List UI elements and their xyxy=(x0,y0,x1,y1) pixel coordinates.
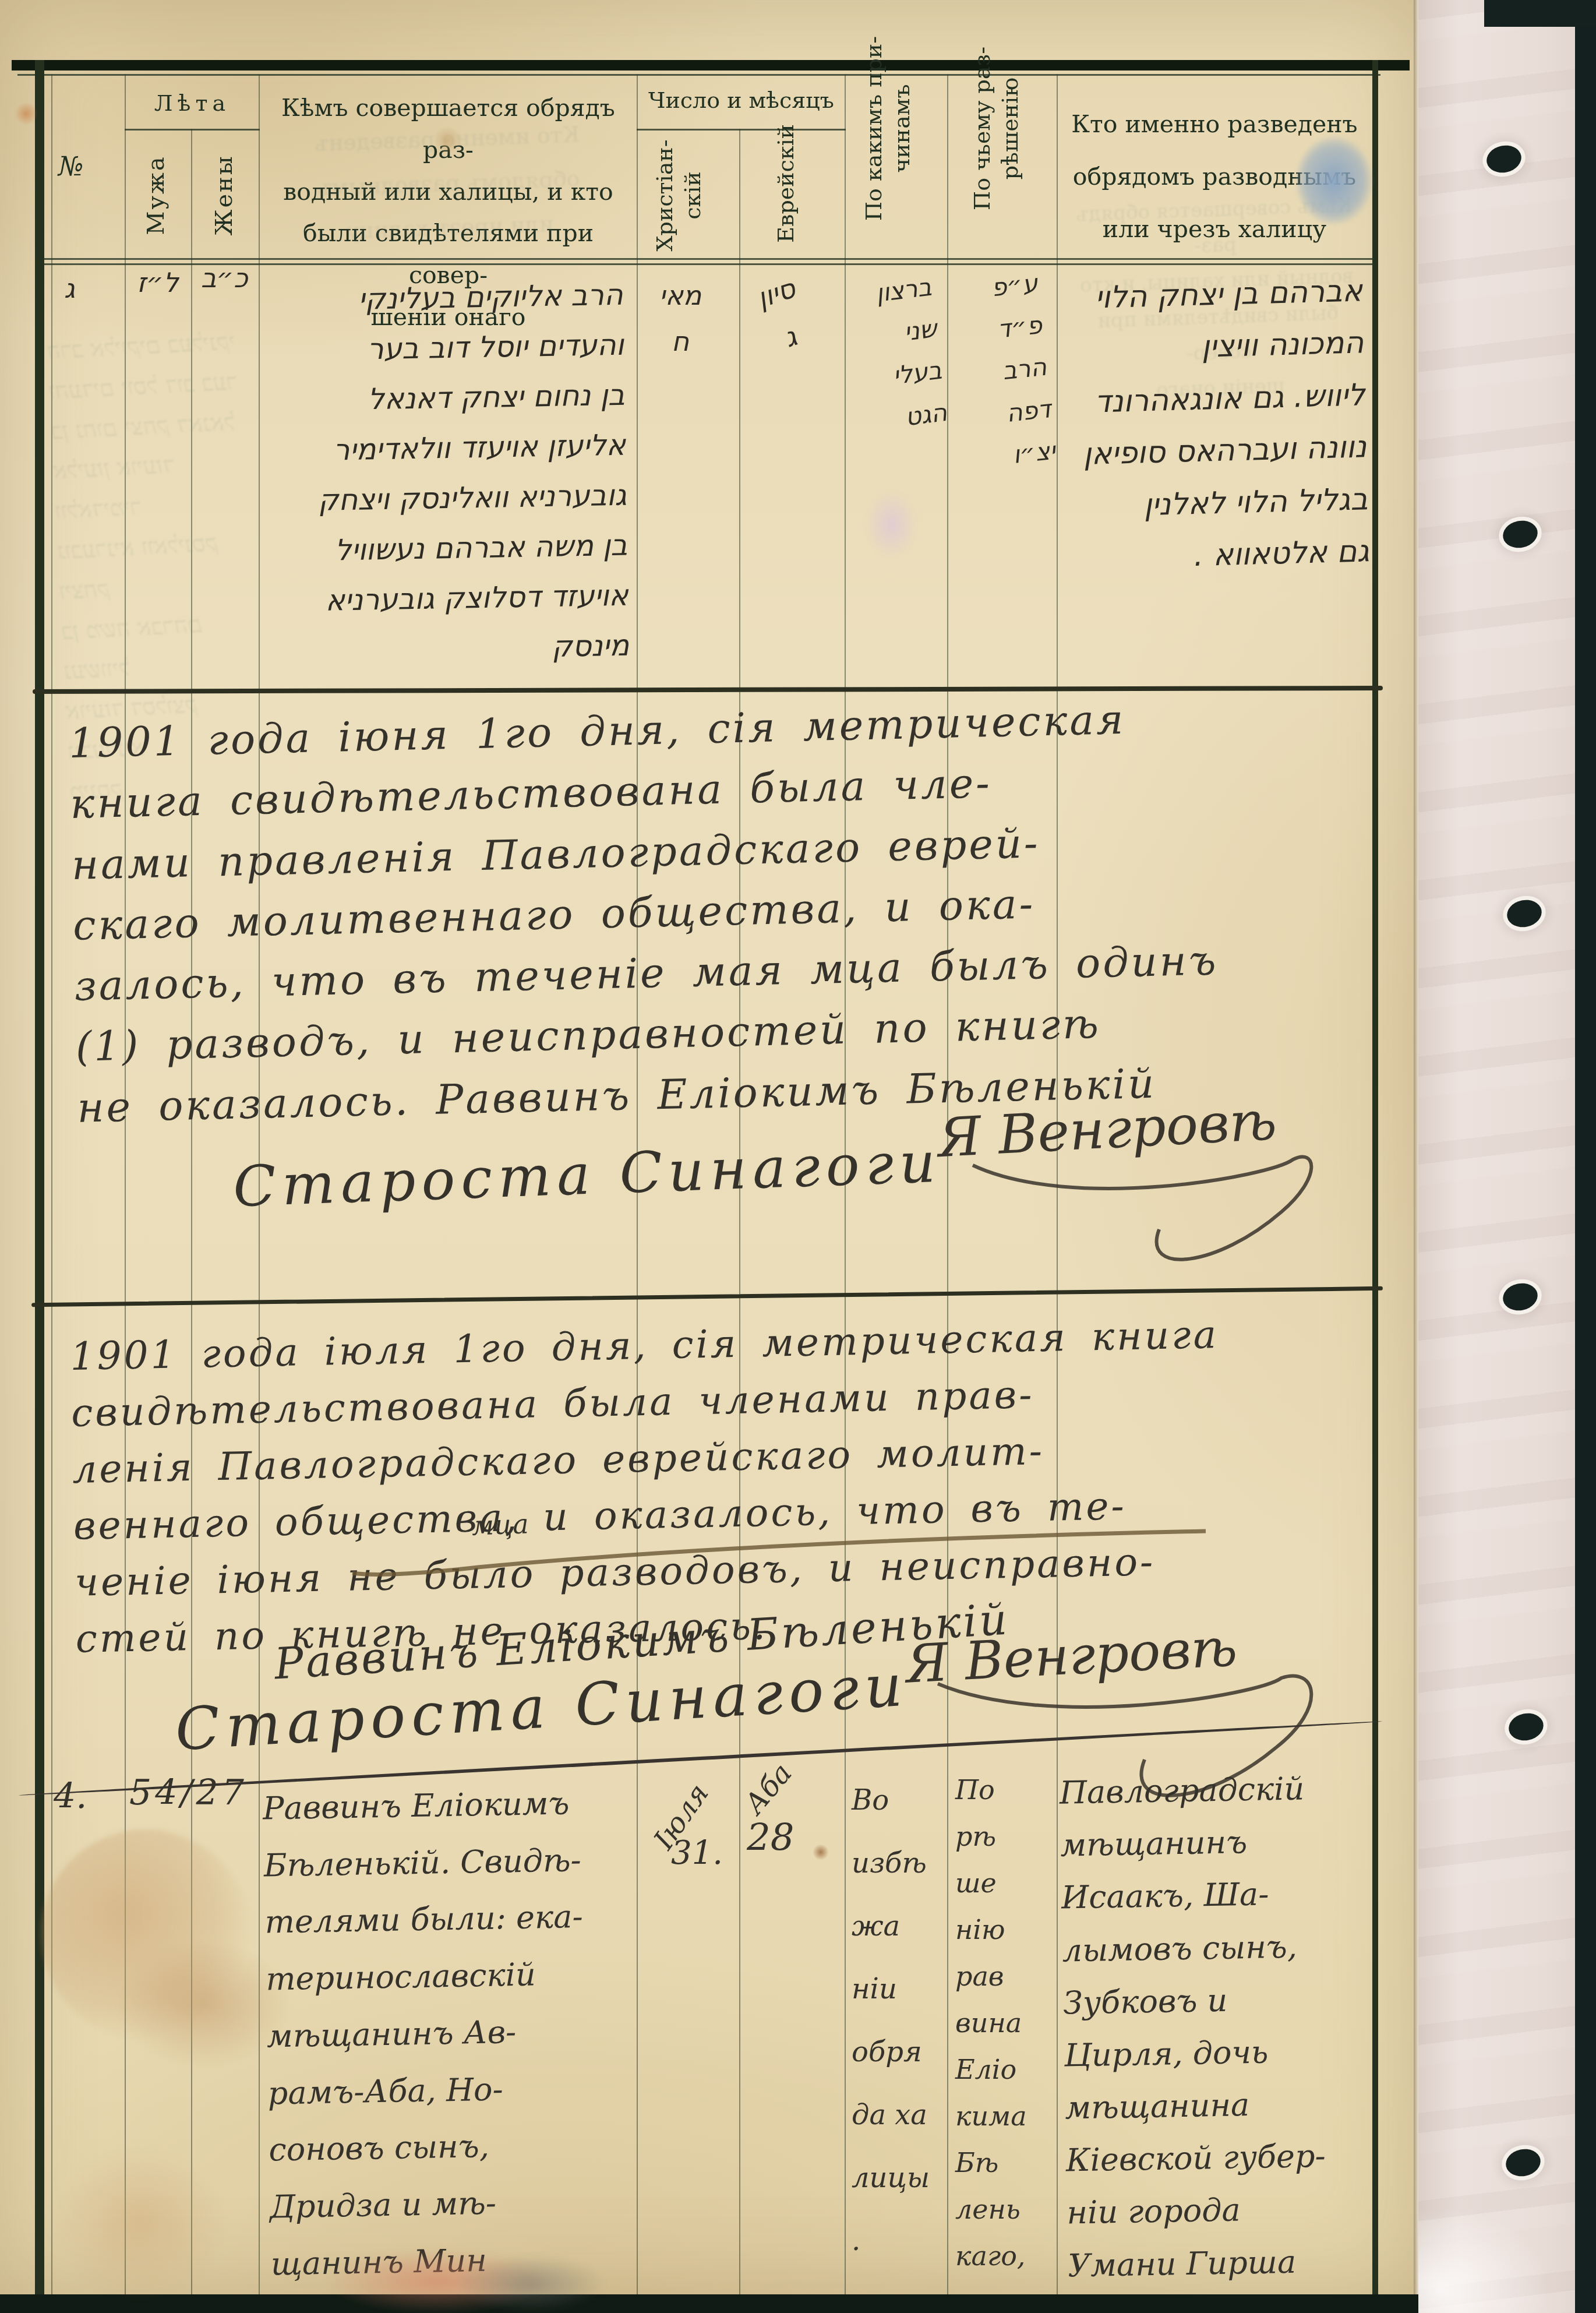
text-line: Кіевской губер- xyxy=(1065,2129,1372,2187)
text-line: мѣщанинъ xyxy=(1060,1814,1367,1872)
text-line: ніи xyxy=(852,1958,939,2021)
text-line: אליעזן אויעזד וולאדימיר xyxy=(267,420,626,477)
text-line: בן משה אברהם נעשוויל xyxy=(269,520,628,577)
record4-date-jewish-day: 28 xyxy=(747,1817,794,1860)
text-line: ח xyxy=(642,319,718,365)
text-line: По какимъ при- xyxy=(861,36,889,220)
record3-who-divorced: אברהם בן יצחק הלויהמכונה וויציןליווש. גם… xyxy=(1062,265,1370,586)
record4-reasons: Воизбѣжаніиобряда халицы. xyxy=(852,1769,939,2272)
correction-underline-stroke xyxy=(349,1526,1212,1579)
text-line: обря xyxy=(852,2021,939,2083)
text-line: בגליל הלוי לאלנין xyxy=(1067,474,1368,534)
text-line: избѣ xyxy=(852,1832,939,1895)
text-line: בן נחום יצחק דאנאל xyxy=(266,370,625,426)
record3-officiant-text: הרב אליוקים בעלינקיוהעדים יוסל דוב בערבן… xyxy=(264,270,630,677)
column-header-permission: По чьему раз-рѣшенію xyxy=(903,76,1089,181)
text-line: лень xyxy=(955,2186,1048,2233)
record4-date-christian-day: 31. xyxy=(671,1834,723,1872)
text-line: кима xyxy=(955,2093,1048,2139)
text-line: Еліо xyxy=(955,2046,1048,2093)
text-line: ніи города xyxy=(1067,2182,1373,2240)
text-line: . xyxy=(852,2209,939,2272)
text-line: ליווש. גם אונגאהרונד xyxy=(1065,369,1366,429)
text-line: בן משה אברהם נעשוויל xyxy=(61,602,257,692)
table-top-thin-rule xyxy=(17,74,1380,76)
record4-who-divorced: ПавлоградскіймѣщанинъИсаакъ, Ша-лымовъ с… xyxy=(1059,1761,1374,2292)
record3-age-wife: כ״ב xyxy=(201,262,248,294)
text-line: נוונה ועברהאס סופיאן xyxy=(1066,422,1367,482)
text-line: Зубковъ и xyxy=(1062,1972,1369,2029)
text-line: Христіан- xyxy=(651,139,679,251)
table-right-border xyxy=(1372,60,1378,2294)
certification-may-text: 1901 года іюня 1го дня, сія метрическаяк… xyxy=(68,683,1406,1138)
text-line: Раввинъ Еліокимъ xyxy=(262,1774,630,1838)
text-line: каго, xyxy=(955,2233,1048,2279)
text-line: да ха xyxy=(852,2083,939,2146)
signature-flourish xyxy=(967,1142,1328,1282)
text-line: Кѣмъ совершается обрядъ раз- xyxy=(1068,187,1362,269)
text-line: Исаакъ, Ша- xyxy=(1061,1867,1367,1924)
column-divider-reasons-permission xyxy=(947,74,948,2294)
table-left-border xyxy=(35,60,44,2294)
text-line: вина xyxy=(955,2000,1048,2046)
text-line: лымовъ сынъ, xyxy=(1062,1919,1368,1977)
column-header-years: Лѣта xyxy=(125,90,260,116)
text-line: אברהם בן יצחק הלוי xyxy=(1062,265,1363,325)
text-line: אויעזד דסלוצק גובערניא xyxy=(270,570,628,627)
text-line: מאי xyxy=(642,273,718,319)
text-line: жа xyxy=(852,1895,939,1958)
text-line: אליעזן אויעזד וולאדימיר xyxy=(52,442,248,532)
text-line: По чьему раз- xyxy=(969,47,997,210)
text-line: הרב אליוקים בעלינקי xyxy=(264,270,623,326)
text-line: рамъ-Аба, Но- xyxy=(267,2058,635,2122)
years-subheader-rule xyxy=(125,129,260,131)
record3-date-christian: מאיח xyxy=(642,273,718,365)
text-line: והעדים יוסל דוב בער xyxy=(266,320,624,376)
text-line: телями были: ека- xyxy=(264,1888,633,1951)
text-line: גובערניא וואלינסק ויצחק xyxy=(268,470,627,527)
record3-number: ג xyxy=(64,273,75,304)
text-line: מינסק xyxy=(271,620,630,677)
text-line: Дридза и мѣ- xyxy=(269,2173,637,2236)
text-line: Кто именно разведенъ xyxy=(1063,98,1366,150)
text-line: Бѣленькій. Свидѣ- xyxy=(263,1831,631,1894)
record3-age-husband: ל״ז xyxy=(137,267,179,298)
text-line: нію xyxy=(955,1906,1048,1953)
text-line: лицы xyxy=(852,2146,939,2209)
scanner-background-bottom xyxy=(0,2294,1418,2313)
text-line: ше xyxy=(955,1860,1048,1906)
text-line: рав xyxy=(955,1953,1048,2000)
table-top-border xyxy=(12,60,1410,70)
column-divider-christian-jewish xyxy=(739,129,740,2294)
text-line: Умани Гирша xyxy=(1067,2234,1373,2292)
record4-ages: 54/27 xyxy=(129,1772,248,1813)
text-line: По xyxy=(955,1767,1048,1813)
text-line: Во xyxy=(852,1769,939,1832)
text-line: Бѣ xyxy=(955,2139,1048,2186)
text-line: Цирля, дочь xyxy=(1064,2024,1370,2082)
scanner-background-right xyxy=(1575,0,1596,2313)
text-line: рѣшенію xyxy=(996,47,1024,210)
text-line: мѣщанина xyxy=(1065,2076,1371,2134)
text-line: Павлоградскій xyxy=(1059,1761,1365,1819)
text-line: рѣ xyxy=(955,1813,1048,1860)
scanner-background-corner xyxy=(1484,0,1596,27)
text-line: גם אלטאווא . xyxy=(1069,526,1370,586)
text-line: גובערניא וואלינסק ויצחק xyxy=(57,521,253,612)
showthrough-text: Кто именно разведенъобрядомъ разводнымъи… xyxy=(271,111,626,256)
record4-officiant-text: Раввинъ ЕліокимъБѣленькій. Свидѣ-телями … xyxy=(262,1774,638,2293)
scanned-register-page: № Лѣта Мужа Жены Кѣмъ совершается обрядъ… xyxy=(0,0,1596,2313)
record4-number: 4. xyxy=(54,1776,87,1817)
text-line: теринославскій xyxy=(265,1945,633,2008)
adjacent-page-edge xyxy=(1418,0,1580,2313)
text-line: щанинъ Мин xyxy=(270,2229,638,2293)
text-line: המכונה וויצין xyxy=(1063,318,1364,378)
text-line: соновъ сынъ, xyxy=(269,2115,637,2179)
text-line: мѣщанинъ Ав- xyxy=(266,2001,634,2065)
record4-permission: ПорѣшеніюраввинаЕліокимаБѣленькаго, xyxy=(955,1767,1048,2279)
